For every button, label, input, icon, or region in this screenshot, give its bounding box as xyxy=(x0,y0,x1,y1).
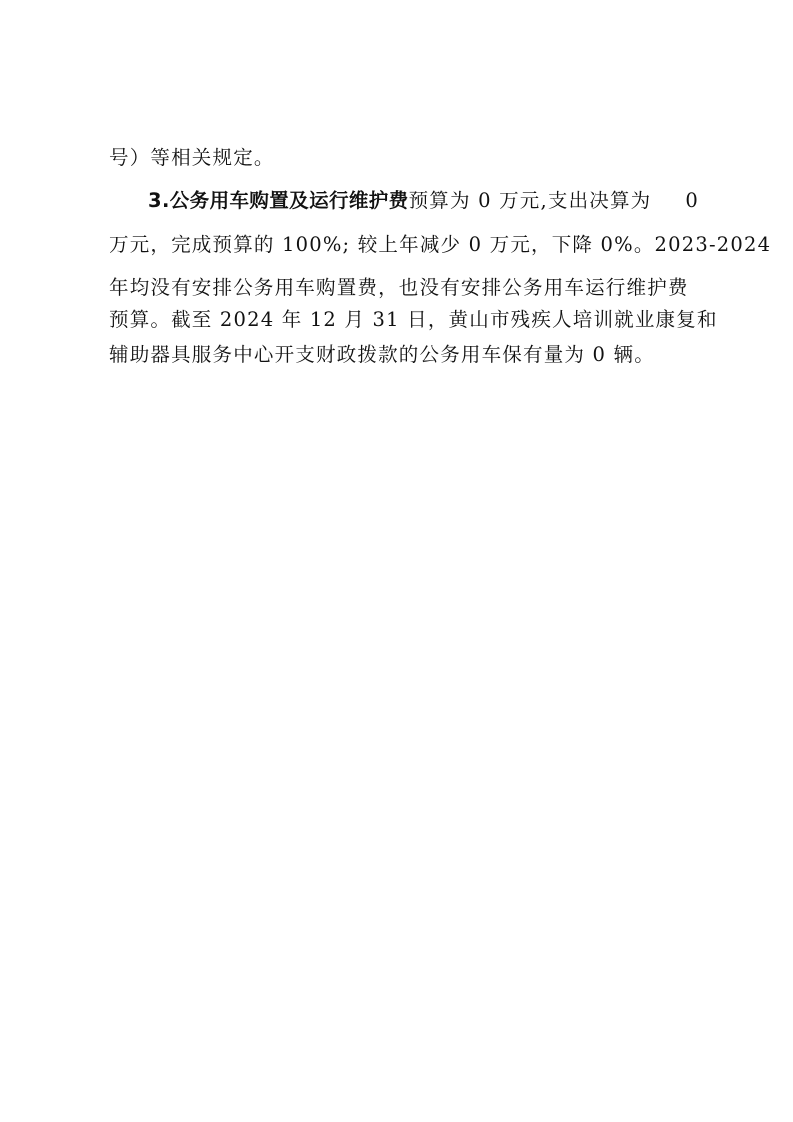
paragraph-vehicle-expense-line-1: 3.公务用车购置及运行维护费预算为 0 万元,支出决算为 0 xyxy=(148,186,699,216)
paragraph-vehicle-expense-line-2: 万元，完成预算的 100%; 较上年减少 0 万元，下降 0%。2023-202… xyxy=(109,230,699,260)
text-line: 年均没有安排公务用车购置费，也没有安排公务用车运行维护费 xyxy=(109,276,689,299)
text-line: 号）等相关规定。 xyxy=(109,146,275,169)
text-line: 万元，完成预算的 100%; 较上年减少 0 万元，下降 0%。2023-202… xyxy=(109,233,771,256)
text-value: 0 xyxy=(685,186,699,216)
text-line: 预算。截至 2024 年 12 月 31 日，黄山市残疾人培训就业康复和 xyxy=(109,308,718,331)
text-line: 预算为 0 万元,支出决算为 xyxy=(409,189,652,212)
document-page: 号）等相关规定。 3.公务用车购置及运行维护费预算为 0 万元,支出决算为 0 … xyxy=(0,0,793,1122)
section-heading: 3.公务用车购置及运行维护费 xyxy=(148,189,409,212)
paragraph-continuation-line: 号）等相关规定。 xyxy=(109,143,699,173)
paragraph-vehicle-expense-line-3: 年均没有安排公务用车购置费，也没有安排公务用车运行维护费 xyxy=(109,273,699,303)
paragraph-vehicle-expense-line-5: 辅助器具服务中心开支财政拨款的公务用车保有量为 0 辆。 xyxy=(109,340,699,370)
paragraph-vehicle-expense-line-4: 预算。截至 2024 年 12 月 31 日，黄山市残疾人培训就业康复和 xyxy=(109,305,699,335)
text-line: 辅助器具服务中心开支财政拨款的公务用车保有量为 0 辆。 xyxy=(109,343,655,366)
